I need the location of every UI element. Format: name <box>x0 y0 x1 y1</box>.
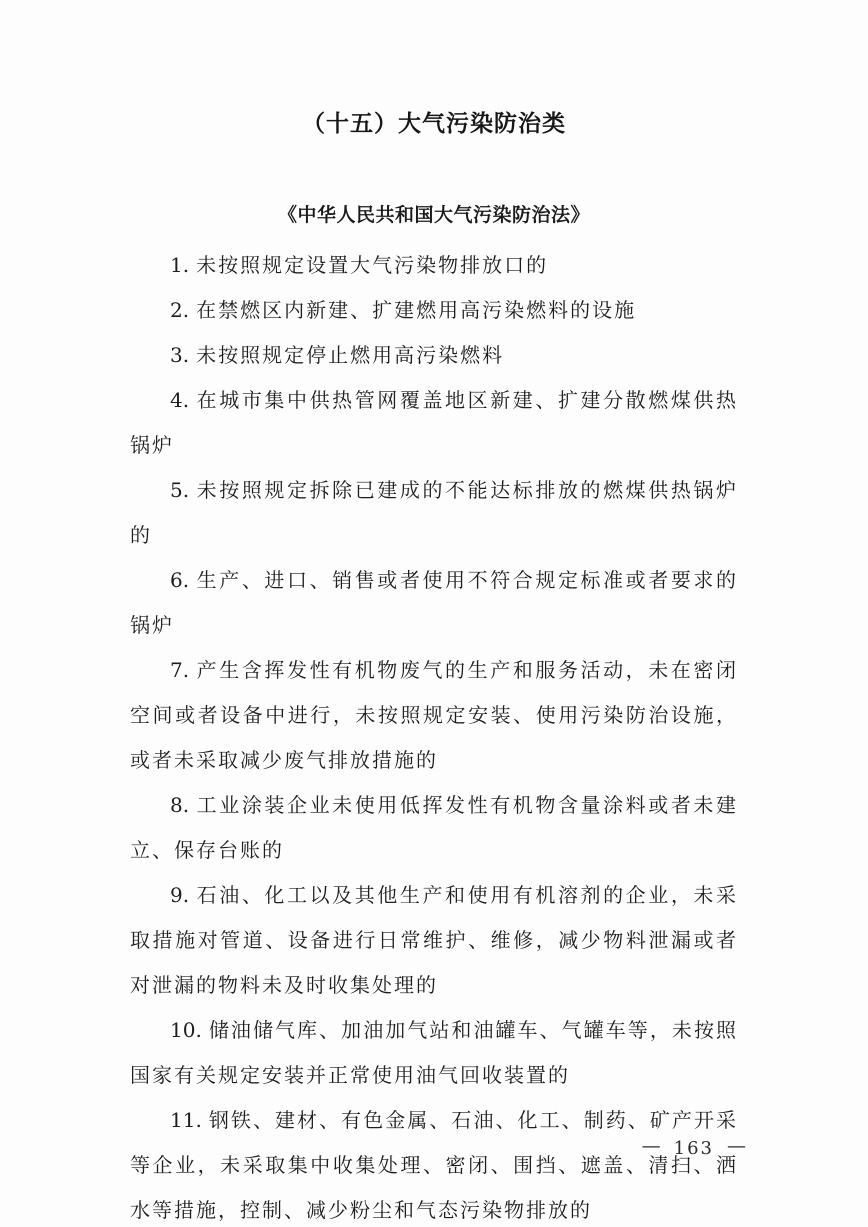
item-number: 8. <box>170 793 189 817</box>
item-number: 3. <box>170 343 189 367</box>
list-item: 10.储油储气库、加油加气站和油罐车、气罐车等，未按照国家有关规定安装并正常使用… <box>130 1008 738 1098</box>
item-text: 生产、进口、销售或者使用不符合规定标准或者要求的锅炉 <box>130 568 738 637</box>
page-number: 163 <box>674 1138 714 1159</box>
item-text: 产生含挥发性有机物废气的生产和服务活动，未在密闭空间或者设备中进行，未按照规定安… <box>130 658 738 772</box>
list-item: 3.未按照规定停止燃用高污染燃料 <box>130 333 738 378</box>
list-item: 11.钢铁、建材、有色金属、石油、化工、制药、矿产开采等企业，未采取集中收集处理… <box>130 1098 738 1227</box>
item-text: 在禁燃区内新建、扩建燃用高污染燃料的设施 <box>196 298 636 322</box>
item-number: 4. <box>170 388 189 412</box>
list-item: 2.在禁燃区内新建、扩建燃用高污染燃料的设施 <box>130 288 738 333</box>
item-text: 在城市集中供热管网覆盖地区新建、扩建分散燃煤供热锅炉 <box>130 388 738 457</box>
violation-items-list: 1.未按照规定设置大气污染物排放口的2.在禁燃区内新建、扩建燃用高污染燃料的设施… <box>130 243 738 1227</box>
law-title: 《中华人民共和国大气污染防治法》 <box>130 201 738 229</box>
list-item: 9.石油、化工以及其他生产和使用有机溶剂的企业，未采取措施对管道、设备进行日常维… <box>130 873 738 1008</box>
item-number: 6. <box>170 568 189 592</box>
list-item: 7.产生含挥发性有机物废气的生产和服务活动，未在密闭空间或者设备中进行，未按照规… <box>130 648 738 783</box>
item-number: 2. <box>170 298 189 322</box>
list-item: 6.生产、进口、销售或者使用不符合规定标准或者要求的锅炉 <box>130 558 738 648</box>
list-item: 8.工业涂装企业未使用低挥发性有机物含量涂料或者未建立、保存台账的 <box>130 783 738 873</box>
list-item: 5.未按照规定拆除已建成的不能达标排放的燃煤供热锅炉的 <box>130 468 738 558</box>
footer-dash-left: — <box>642 1135 661 1157</box>
item-number: 11. <box>170 1108 202 1132</box>
section-title: （十五）大气污染防治类 <box>130 109 738 139</box>
item-number: 10. <box>170 1018 202 1042</box>
item-text: 钢铁、建材、有色金属、石油、化工、制药、矿产开采等企业，未采取集中收集处理、密闭… <box>130 1108 738 1222</box>
footer-dash-right: — <box>727 1135 746 1157</box>
item-number: 9. <box>170 883 189 907</box>
page-footer: —163— <box>642 1136 746 1161</box>
item-text: 工业涂装企业未使用低挥发性有机物含量涂料或者未建立、保存台账的 <box>130 793 738 862</box>
item-text: 未按照规定设置大气污染物排放口的 <box>196 253 548 277</box>
item-text: 储油储气库、加油加气站和油罐车、气罐车等，未按照国家有关规定安装并正常使用油气回… <box>130 1018 738 1087</box>
list-item: 1.未按照规定设置大气污染物排放口的 <box>130 243 738 288</box>
item-text: 未按照规定拆除已建成的不能达标排放的燃煤供热锅炉的 <box>130 478 738 547</box>
document-page: （十五）大气污染防治类 《中华人民共和国大气污染防治法》 1.未按照规定设置大气… <box>0 0 868 1227</box>
list-item: 4.在城市集中供热管网覆盖地区新建、扩建分散燃煤供热锅炉 <box>130 378 738 468</box>
item-text: 未按照规定停止燃用高污染燃料 <box>196 343 504 367</box>
item-number: 7. <box>170 658 189 682</box>
item-text: 石油、化工以及其他生产和使用有机溶剂的企业，未采取措施对管道、设备进行日常维护、… <box>130 883 738 997</box>
item-number: 5. <box>170 478 189 502</box>
item-number: 1. <box>170 253 189 277</box>
